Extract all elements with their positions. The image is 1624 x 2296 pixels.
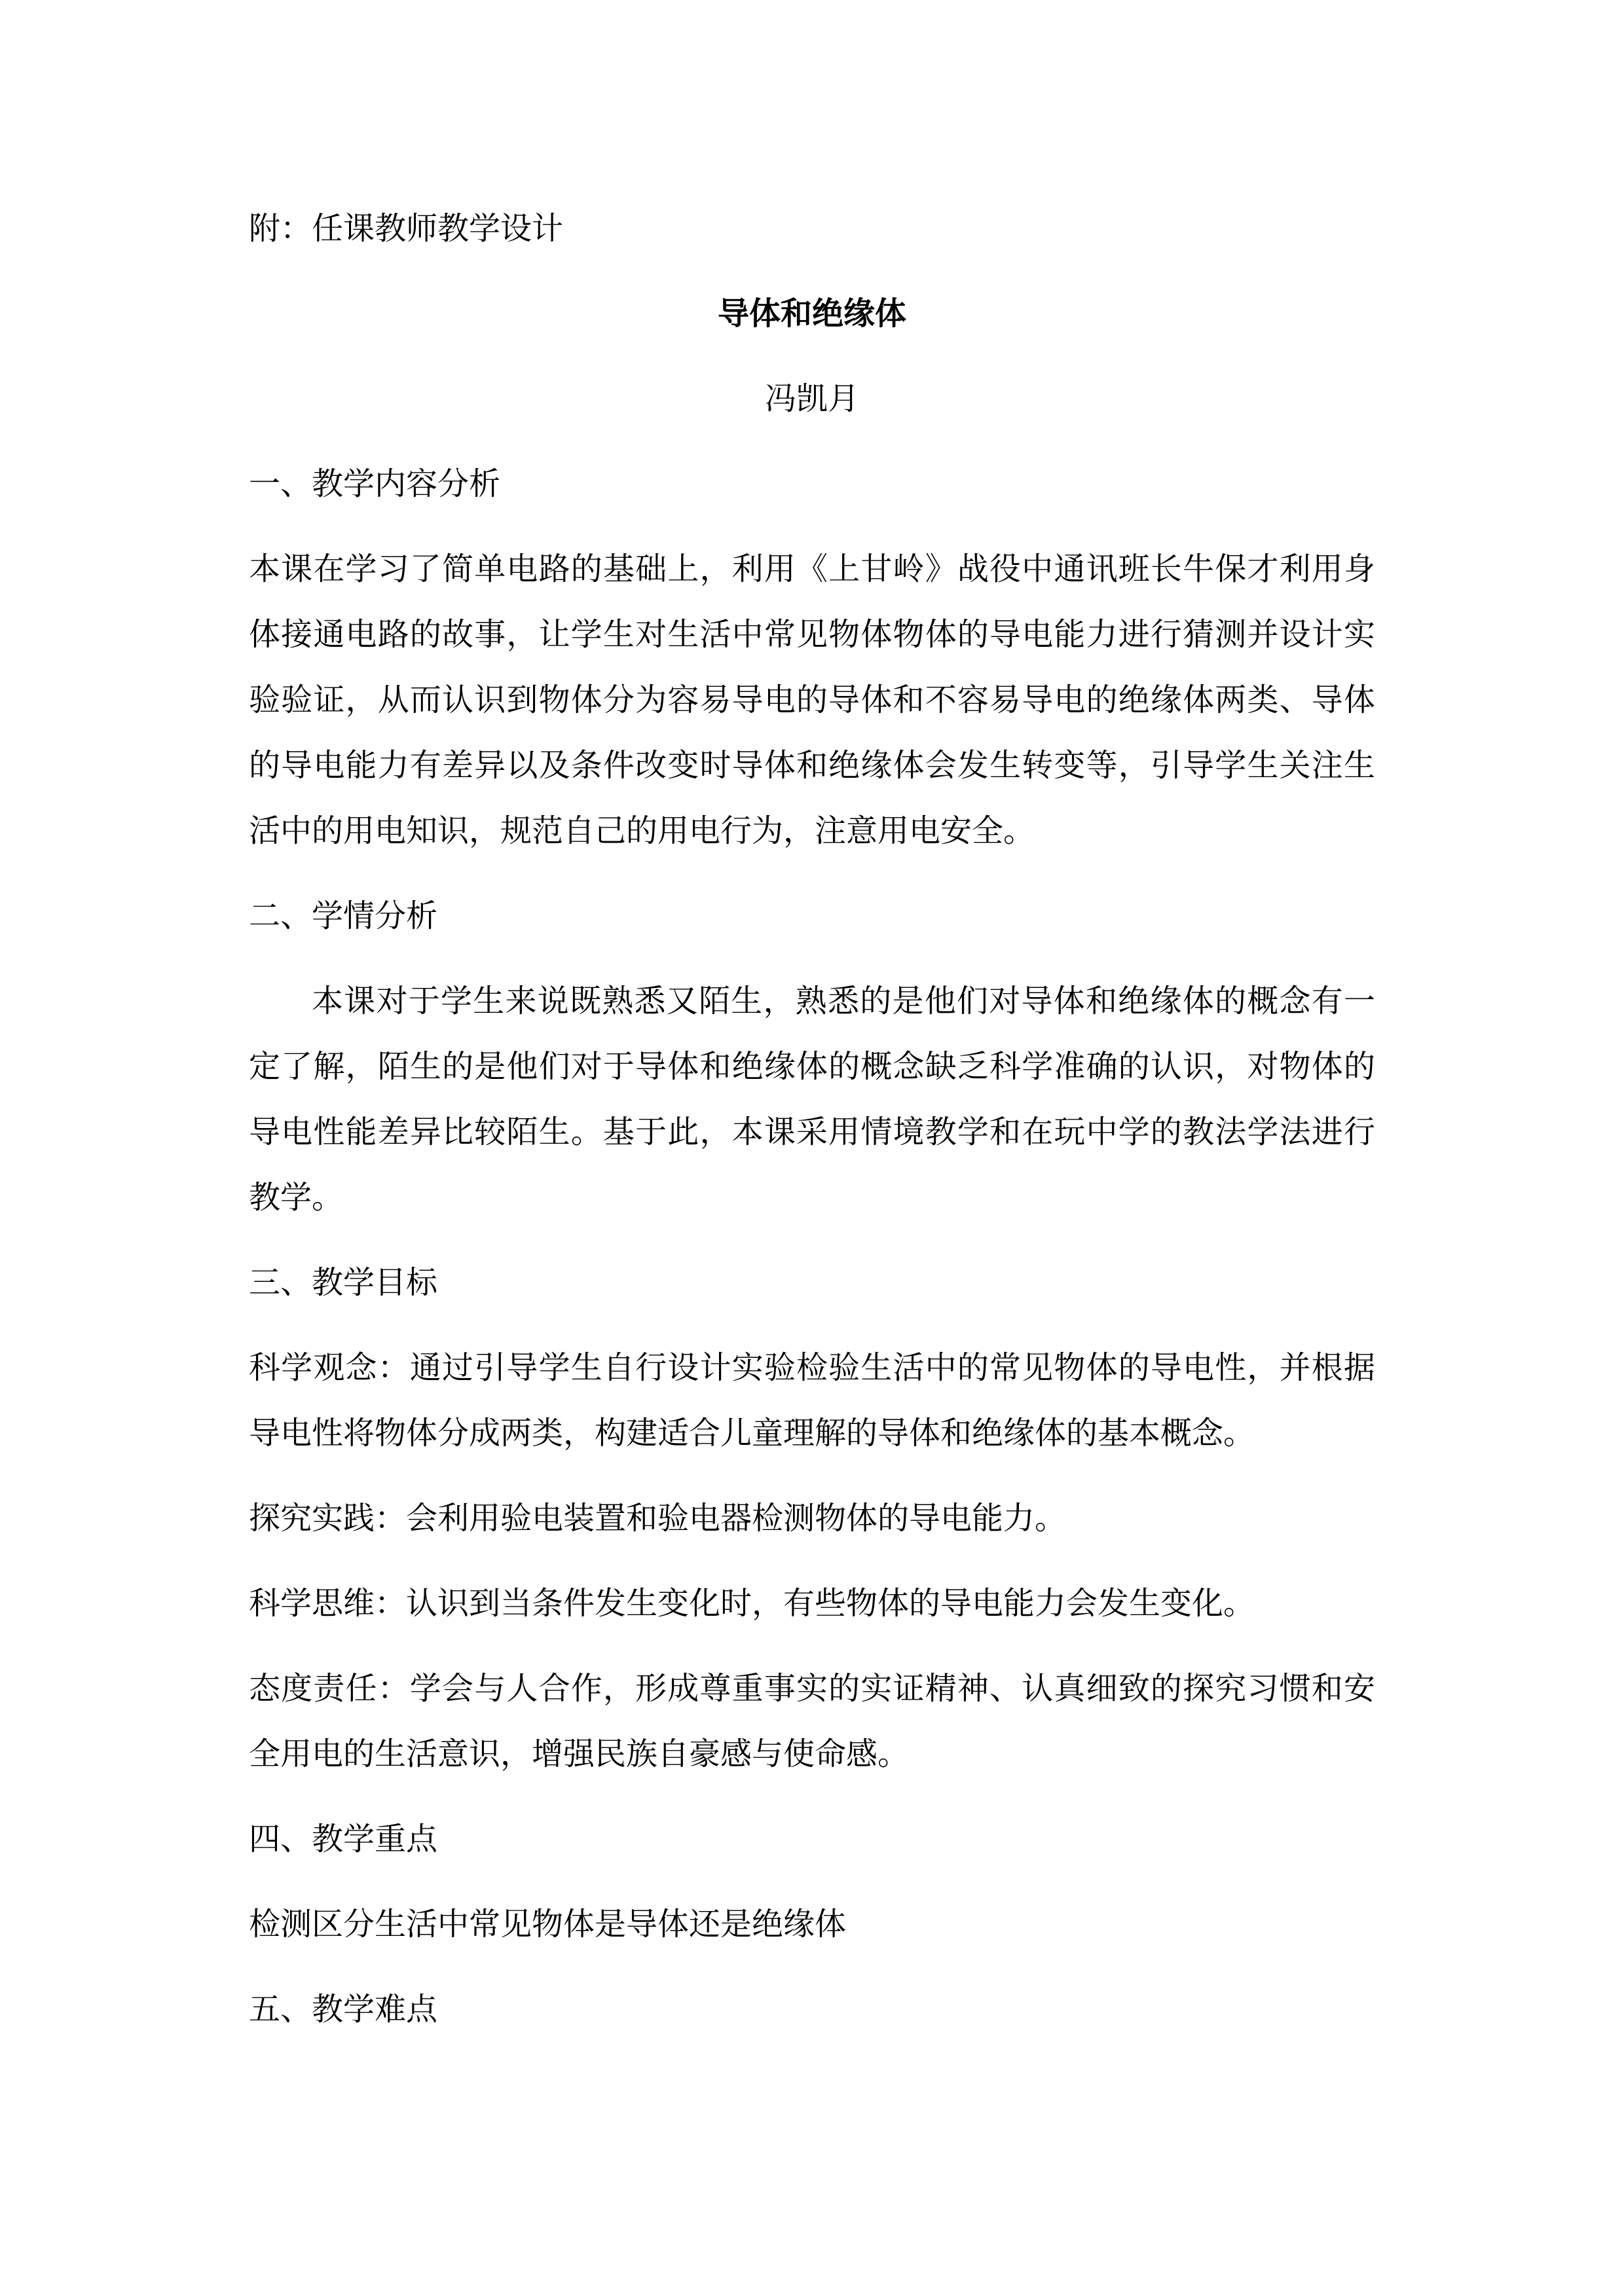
heading-text: 三、教学目标 bbox=[249, 1250, 1375, 1316]
paragraph-line: 科学思维：认识到当条件发生变化时，有些物体的导电能力会发生变化。 bbox=[249, 1571, 1375, 1637]
paragraph-line: 态度责任：学会与人合作，形成尊重事实的实证精神、认真细致的探究习惯和安 bbox=[249, 1656, 1375, 1722]
document-title-text: 导体和绝缘体 bbox=[249, 282, 1375, 347]
paragraph-line: 定了解，陌生的是他们对于导体和绝缘体的概念缺乏科学准确的认识，对物体的 bbox=[249, 1034, 1375, 1100]
paragraph-line: 验验证，从而认识到物体分为容易导电的导体和不容易导电的绝缘体两类、导体 bbox=[249, 668, 1375, 733]
author-name: 冯凯月 bbox=[249, 367, 1375, 432]
paragraph-line: 科学观念：通过引导学生自行设计实验检验生活中的常见物体的导电性，并根据 bbox=[249, 1336, 1375, 1401]
attachment-note: 附：任课教师教学设计 bbox=[249, 196, 1375, 262]
document-body: 一、教学内容分析本课在学习了简单电路的基础上，利用《上甘岭》战役中通讯班长牛保才… bbox=[249, 452, 1375, 2043]
attachment-note-text: 附：任课教师教学设计 bbox=[249, 196, 1375, 262]
paragraph: 本课对于学生来说既熟悉又陌生，熟悉的是他们对导体和绝缘体的概念有一定了解，陌生的… bbox=[249, 969, 1375, 1231]
document-title: 导体和绝缘体 bbox=[249, 282, 1375, 347]
paragraph-line: 检测区分生活中常见物体是导体还是绝缘体 bbox=[249, 1892, 1375, 1958]
paragraph: 探究实践：会利用验电装置和验电器检测物体的导电能力。 bbox=[249, 1486, 1375, 1552]
paragraph-line: 探究实践：会利用验电装置和验电器检测物体的导电能力。 bbox=[249, 1486, 1375, 1552]
section-heading: 一、教学内容分析 bbox=[249, 452, 1375, 517]
paragraph-line: 导电性将物体分成两类，构建适合儿童理解的导体和绝缘体的基本概念。 bbox=[249, 1401, 1375, 1467]
paragraph-line: 导电性能差异比较陌生。基于此，本课采用情境教学和在玩中学的教法学法进行 bbox=[249, 1100, 1375, 1165]
paragraph: 态度责任：学会与人合作，形成尊重事实的实证精神、认真细致的探究习惯和安全用电的生… bbox=[249, 1656, 1375, 1787]
section-heading: 三、教学目标 bbox=[249, 1250, 1375, 1316]
section-heading: 五、教学难点 bbox=[249, 1977, 1375, 2043]
paragraph-line: 教学。 bbox=[249, 1165, 1375, 1231]
section-heading: 二、学情分析 bbox=[249, 884, 1375, 949]
paragraph: 科学观念：通过引导学生自行设计实验检验生活中的常见物体的导电性，并根据导电性将物… bbox=[249, 1336, 1375, 1467]
paragraph-line: 本课对于学生来说既熟悉又陌生，熟悉的是他们对导体和绝缘体的概念有一 bbox=[249, 969, 1375, 1034]
paragraph-line: 全用电的生活意识，增强民族自豪感与使命感。 bbox=[249, 1722, 1375, 1787]
heading-text: 二、学情分析 bbox=[249, 884, 1375, 949]
document-page: 附：任课教师教学设计 导体和绝缘体 冯凯月 一、教学内容分析本课在学习了简单电路… bbox=[0, 0, 1624, 2296]
paragraph: 本课在学习了简单电路的基础上，利用《上甘岭》战役中通讯班长牛保才利用身体接通电路… bbox=[249, 537, 1375, 864]
paragraph: 科学思维：认识到当条件发生变化时，有些物体的导电能力会发生变化。 bbox=[249, 1571, 1375, 1637]
paragraph-line: 体接通电路的故事，让学生对生活中常见物体物体的导电能力进行猜测并设计实 bbox=[249, 602, 1375, 668]
heading-text: 四、教学重点 bbox=[249, 1807, 1375, 1872]
author-name-text: 冯凯月 bbox=[249, 367, 1375, 432]
paragraph-line: 的导电能力有差异以及条件改变时导体和绝缘体会发生转变等，引导学生关注生 bbox=[249, 733, 1375, 799]
heading-text: 一、教学内容分析 bbox=[249, 452, 1375, 517]
paragraph-line: 活中的用电知识，规范自己的用电行为，注意用电安全。 bbox=[249, 799, 1375, 864]
heading-text: 五、教学难点 bbox=[249, 1977, 1375, 2043]
paragraph: 检测区分生活中常见物体是导体还是绝缘体 bbox=[249, 1892, 1375, 1958]
paragraph-line: 本课在学习了简单电路的基础上，利用《上甘岭》战役中通讯班长牛保才利用身 bbox=[249, 537, 1375, 602]
section-heading: 四、教学重点 bbox=[249, 1807, 1375, 1872]
